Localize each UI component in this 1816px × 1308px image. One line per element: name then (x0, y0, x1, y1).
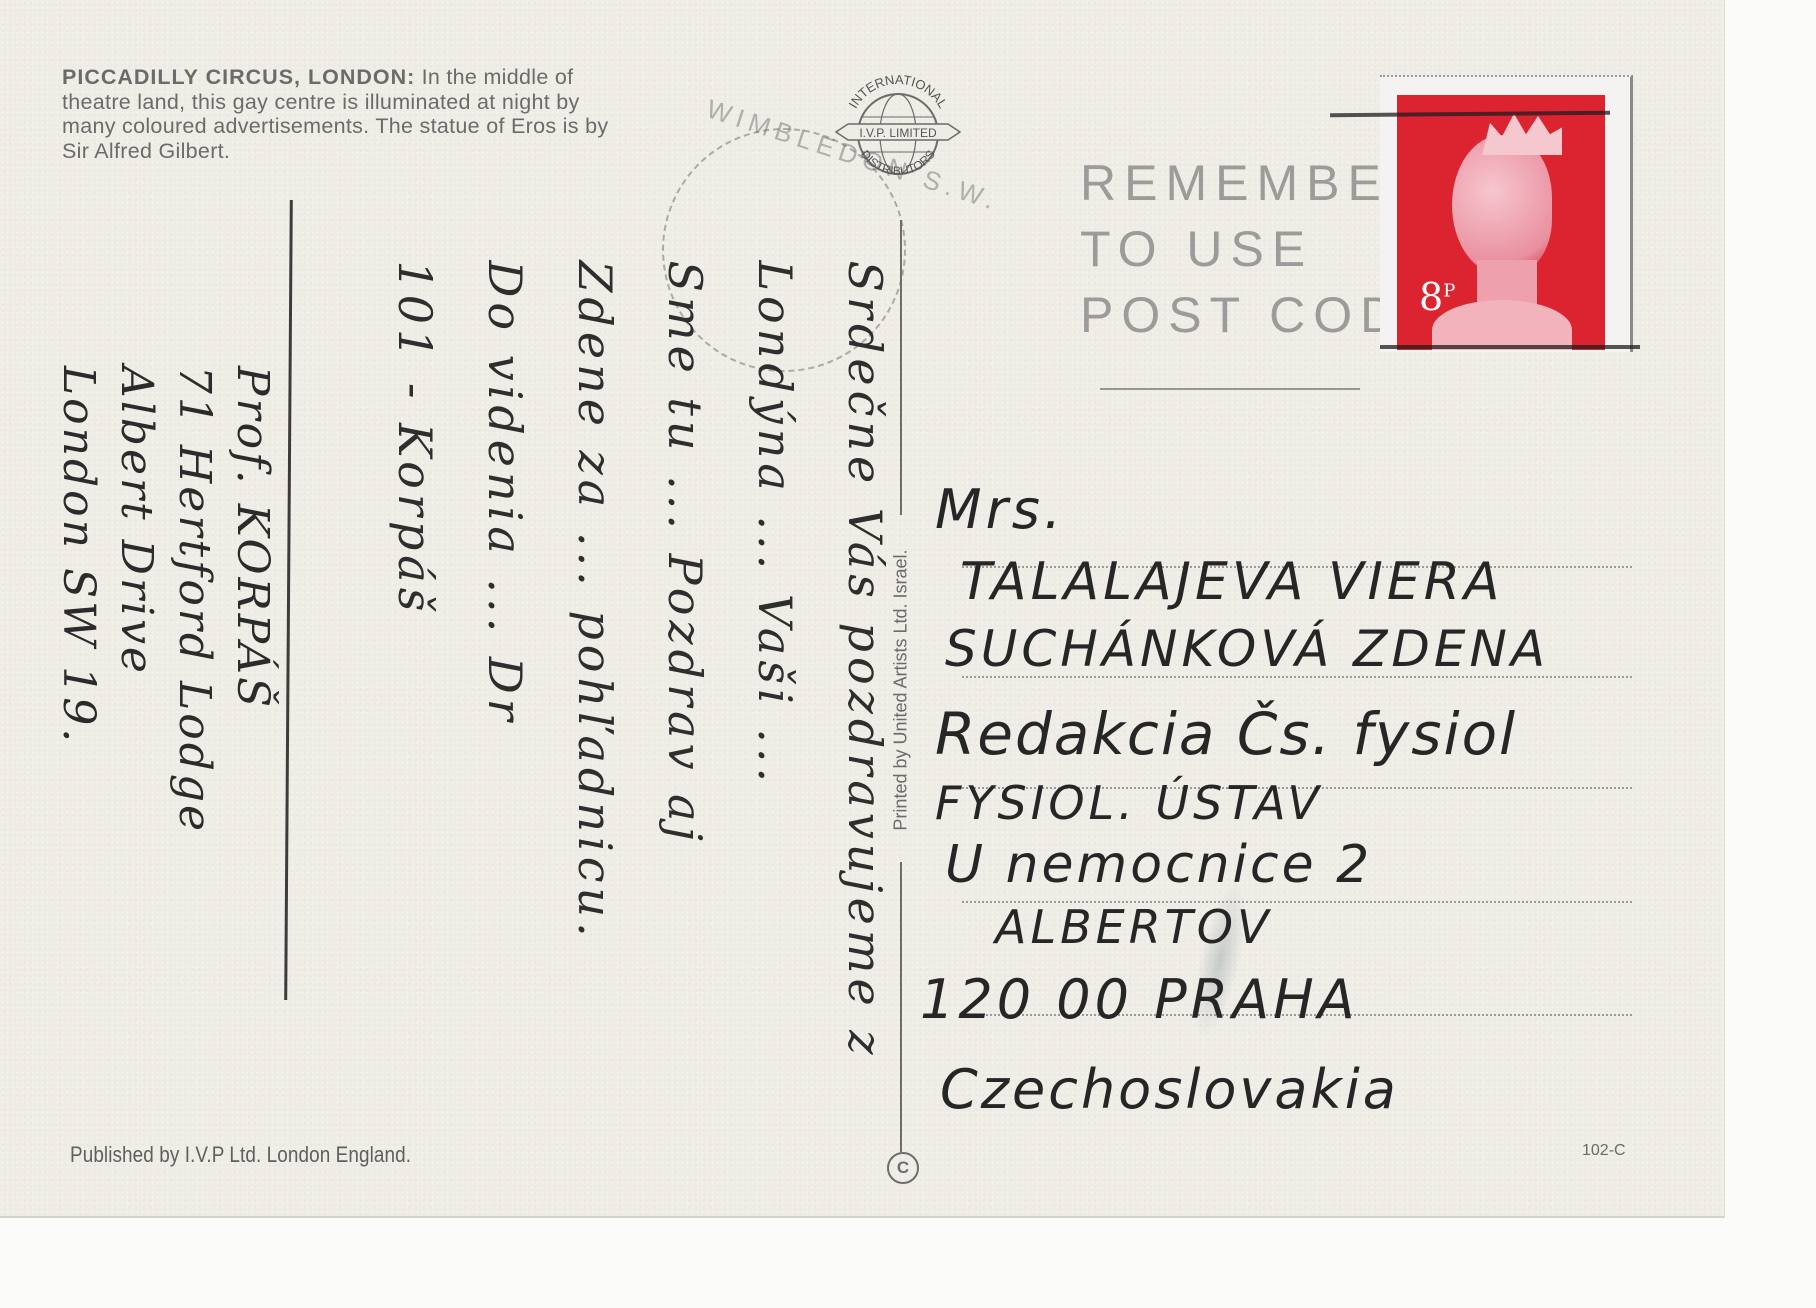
caption-title: PICCADILLY CIRCUS, LONDON: (62, 65, 415, 89)
postmark-rule (1100, 388, 1360, 390)
svg-text:INTERNATIONAL: INTERNATIONAL (845, 72, 950, 111)
card-code: 102-C (1582, 1142, 1626, 1160)
caption-text-1: In the middle of (415, 65, 573, 89)
recipient-line: SUCHÁNKOVÁ ZDENA (945, 620, 1549, 678)
caption-text-4: Sir Alfred Gilbert. (62, 139, 230, 163)
logo-top-text: INTERNATIONAL (845, 72, 950, 111)
recipient-line: 120 00 PRAHA (920, 968, 1359, 1031)
publisher-credit: Published by I.V.P Ltd. London England. (70, 1142, 411, 1168)
message-line: Zdene za ... pohľadnicu. (550, 260, 640, 1059)
recipient-country: Czechoslovakia (940, 1058, 1399, 1121)
recipient-line: FYSIOL. ÚSTAV (935, 776, 1323, 830)
stamp-face: 8P (1397, 95, 1605, 350)
cancel-line (1380, 345, 1640, 349)
recipient-line: U nemocnice 2 (945, 835, 1372, 895)
caption-text-3: many coloured advertisements. The statue… (62, 114, 608, 138)
message-line: Londýna ... Vaši ... (730, 260, 820, 1059)
sender-line: 71 Hertford Lodge (165, 366, 223, 834)
stamp-value: 8P (1419, 275, 1455, 319)
queen-portrait-icon (1452, 135, 1552, 275)
recipient-line: ALBERTOV (995, 900, 1272, 954)
ivp-globe-logo-icon: I.V.P. LIMITED INTERNATIONAL DISTRIBUTOR… (828, 62, 968, 202)
message-line: Sme tu ... Pozdrav aj (640, 260, 730, 1059)
logo-middle-text: I.V.P. LIMITED (859, 126, 937, 140)
sender-underline (284, 200, 293, 1000)
sender-address: Prof. KORPÁŠ 71 Hertford Lodge Albert Dr… (49, 366, 281, 834)
recipient-salutation: Mrs. (935, 478, 1065, 541)
message-line: Srdečne Vás pozdravujeme z (820, 260, 910, 1059)
postage-stamp: 8P (1380, 75, 1633, 352)
sender-line: London SW 19. (49, 366, 107, 834)
sender-line: Albert Drive (107, 366, 165, 834)
postcard-caption: PICCADILLY CIRCUS, LONDON: In the middle… (62, 65, 772, 163)
postcard-back: PICCADILLY CIRCUS, LONDON: In the middle… (0, 0, 1725, 1218)
caption-text-2: theatre land, this gay centre is illumin… (62, 90, 580, 114)
message-line: Do videnia ... Dr (460, 260, 550, 1059)
message-line: 101 - Korpáš (370, 260, 460, 1059)
crown-icon (1482, 109, 1562, 155)
recipient-line: Redakcia Čs. fysiol (935, 700, 1517, 768)
sender-line: Prof. KORPÁŠ (223, 366, 281, 834)
recipient-line: TALALAJEVA VIERA (960, 552, 1503, 612)
handwritten-message: Srdečne Vás pozdravujeme z Londýna ... V… (370, 260, 910, 1059)
copyright-icon: C (887, 1152, 919, 1184)
